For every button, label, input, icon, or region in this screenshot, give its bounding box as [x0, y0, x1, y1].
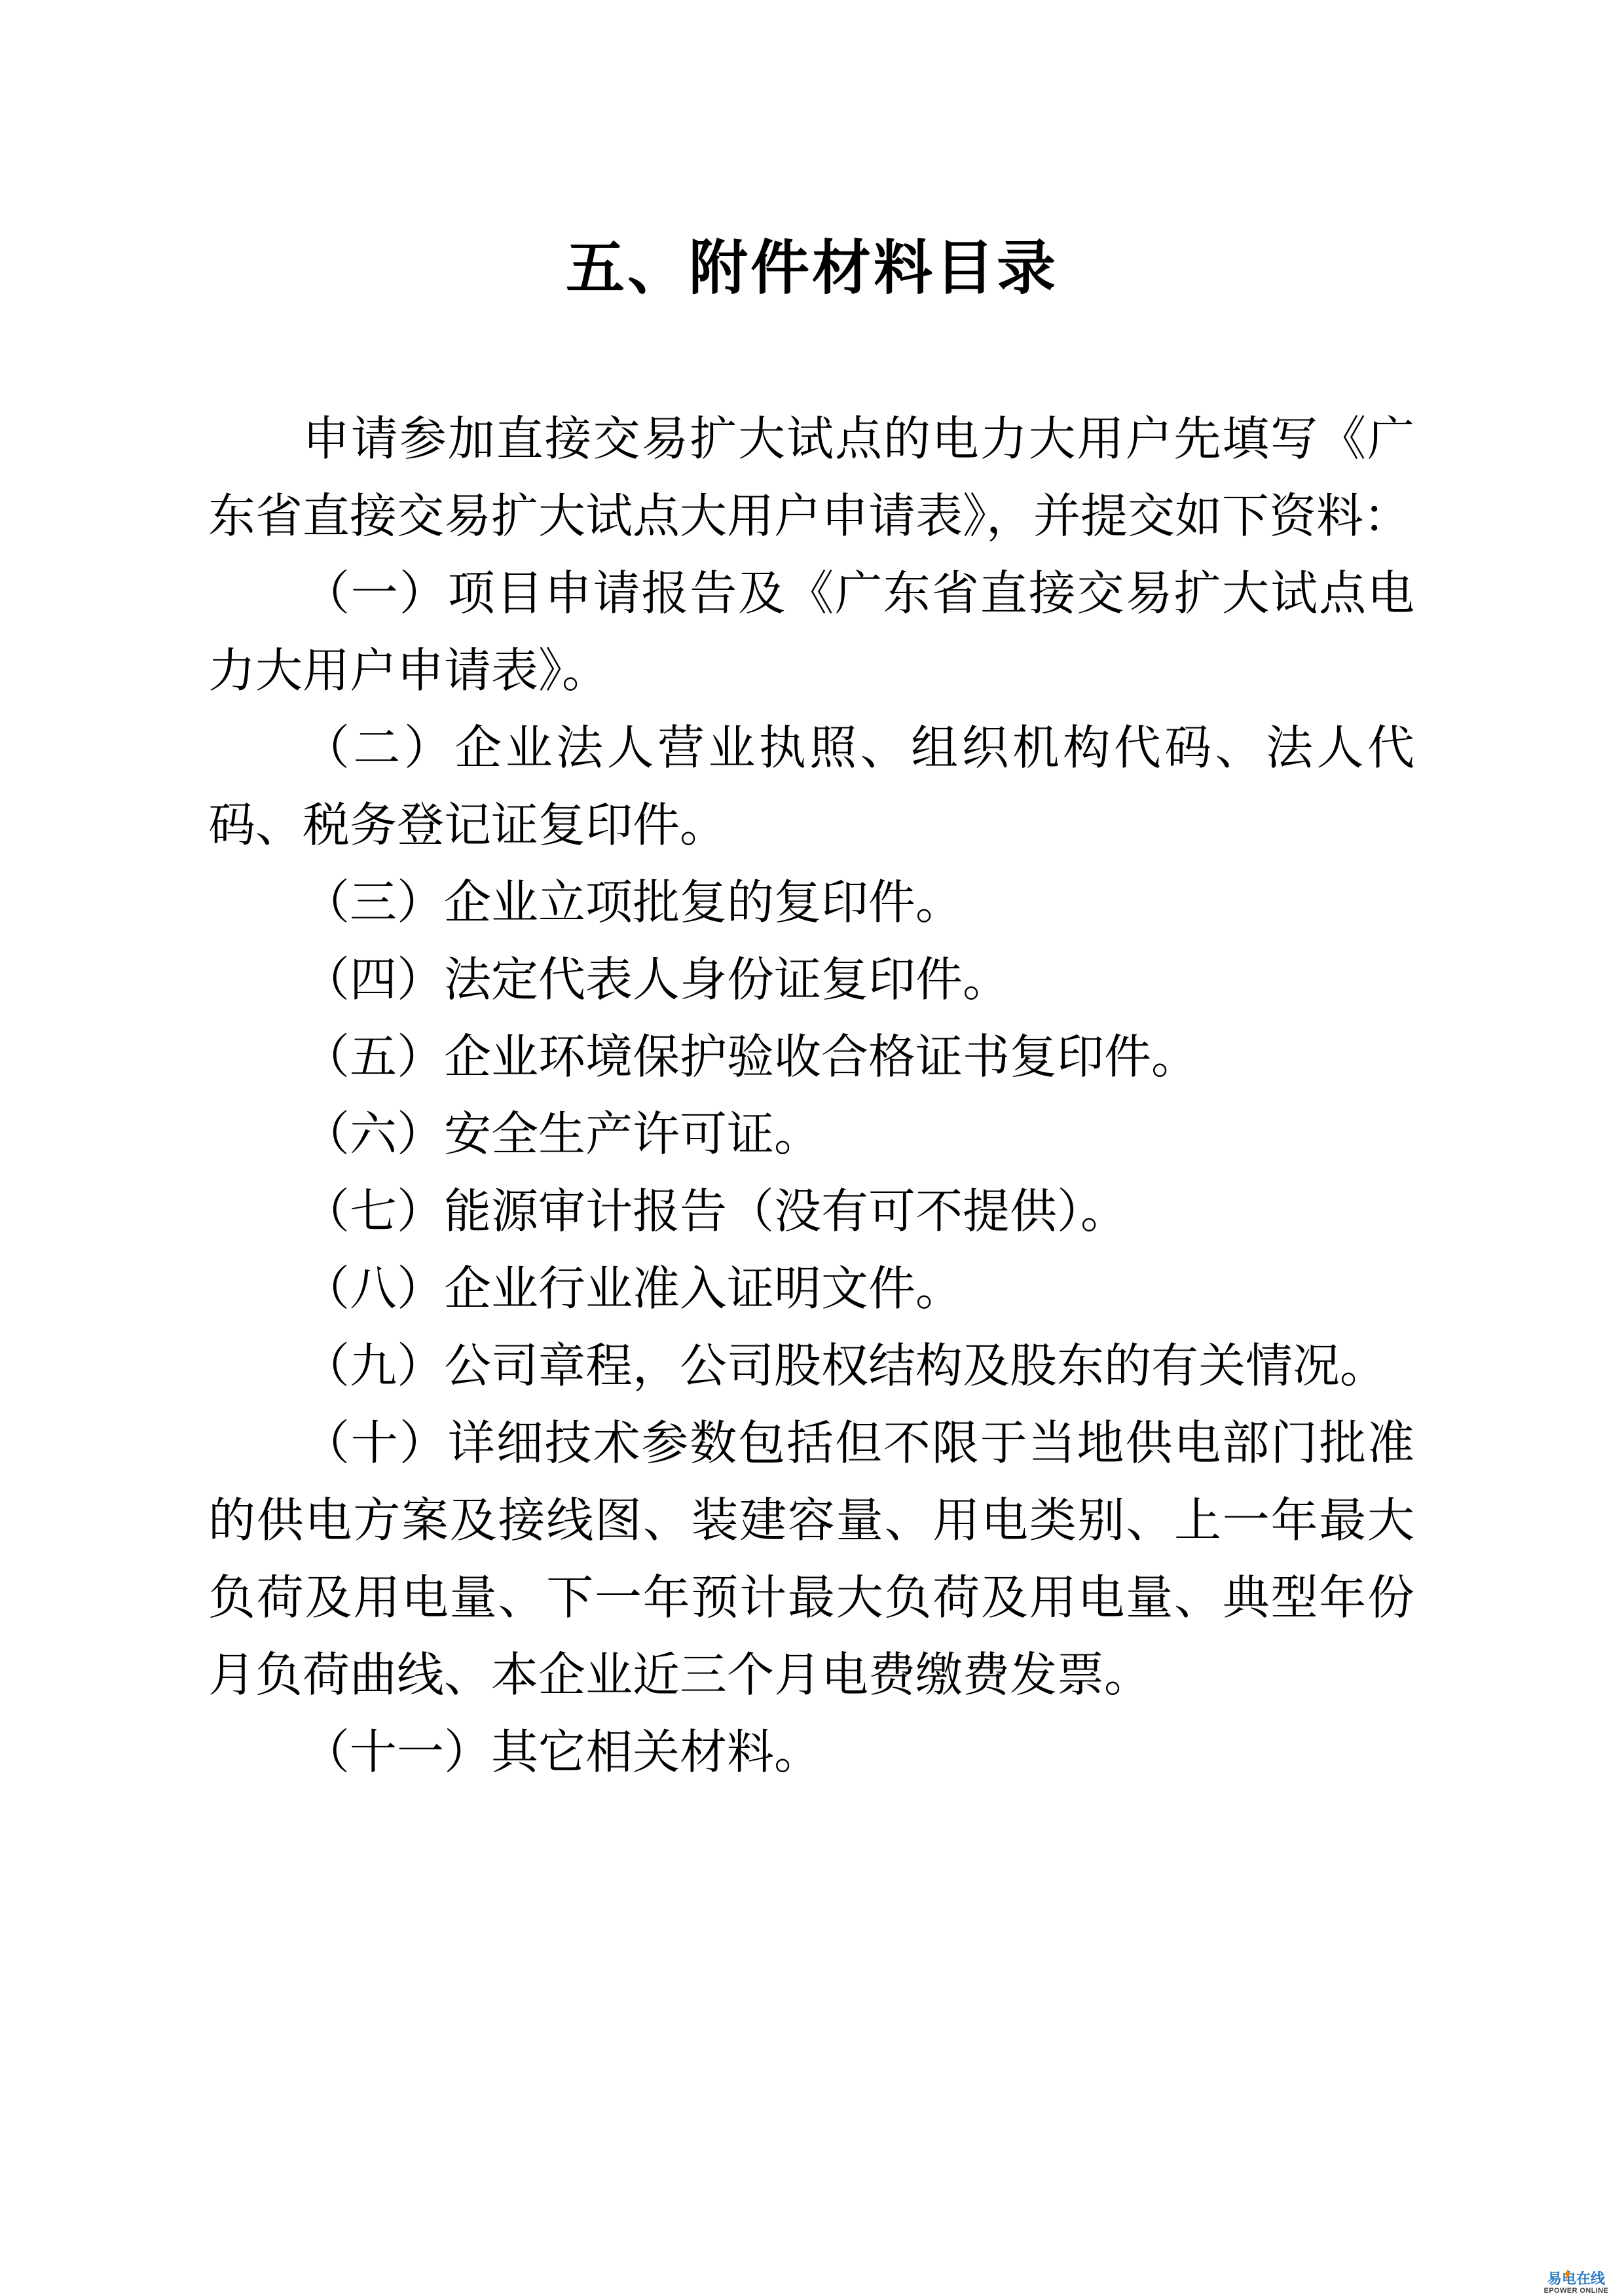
watermark-chinese-text: 易电在线: [1547, 2270, 1605, 2287]
lightning-icon: [1564, 2269, 1572, 2280]
list-item-7: （七）能源审计报告（没有可不提供）。: [208, 1173, 1414, 1250]
list-item-1: （一）项目申请报告及《广东省直接交易扩大试点电力大用户申请表》。: [208, 555, 1414, 710]
epower-watermark-logo: 易电在线 EPOWER ONLINE: [1540, 2272, 1612, 2295]
list-item-9: （九）公司章程，公司股权结构及股东的有关情况。: [208, 1328, 1414, 1405]
list-item-8: （八）企业行业准入证明文件。: [208, 1250, 1414, 1328]
watermark-chinese-wrap: 易电在线: [1547, 2272, 1605, 2286]
watermark-english-text: EPOWER ONLINE: [1540, 2287, 1612, 2295]
list-item-5: （五）企业环境保护验收合格证书复印件。: [208, 1019, 1414, 1096]
list-item-3: （三）企业立项批复的复印件。: [208, 864, 1414, 941]
document-body: 申请参加直接交易扩大试点的电力大用户先填写《广东省直接交易扩大试点大用户申请表》…: [208, 401, 1414, 1791]
list-item-10: （十）详细技术参数包括但不限于当地供电部门批准的供电方案及接线图、装建容量、用电…: [208, 1405, 1414, 1714]
page-title: 五、附件材料目录: [0, 230, 1624, 308]
paragraph-intro: 申请参加直接交易扩大试点的电力大用户先填写《广东省直接交易扩大试点大用户申请表》…: [208, 401, 1414, 555]
document-page: 五、附件材料目录 申请参加直接交易扩大试点的电力大用户先填写《广东省直接交易扩大…: [0, 0, 1624, 2296]
list-item-6: （六）安全生产许可证。: [208, 1096, 1414, 1173]
list-item-2: （二）企业法人营业执照、组织机构代码、法人代码、税务登记证复印件。: [208, 710, 1414, 864]
list-item-4: （四）法定代表人身份证复印件。: [208, 941, 1414, 1019]
list-item-11: （十一）其它相关材料。: [208, 1714, 1414, 1791]
